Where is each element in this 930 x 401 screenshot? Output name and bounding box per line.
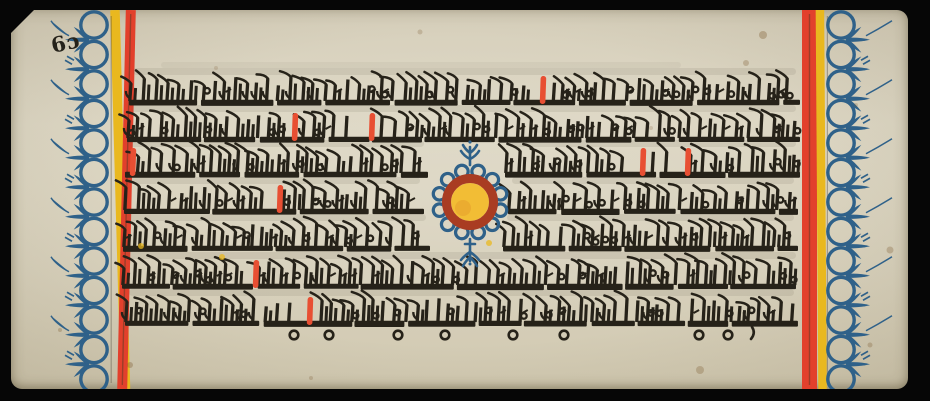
vine-leaf-icon [65,173,90,201]
descender-hook [751,327,754,339]
descender-loop [509,331,518,340]
vine-leaf-icon [65,55,90,83]
manuscript-leaf: 6ɔ [11,10,908,389]
right-yellow-rule [816,10,827,389]
descender-loop [724,331,733,340]
red-danda-mark [540,76,547,104]
rosette-top-sprig [461,140,479,165]
left-margin-scribe-line [111,16,112,383]
text-line-7 [117,291,798,340]
vine-leaf-icon [65,114,90,142]
right-border-vine [828,12,892,389]
rosette-disc [451,183,489,221]
red-danda-mark [307,297,314,325]
red-danda-mark [277,185,284,213]
vine-leaf-icon [51,257,90,290]
folio-number: 6ɔ [49,29,82,56]
vine-leaf-icon [51,316,90,349]
vine-leaf-icon [845,173,870,201]
red-danda-mark [369,113,376,141]
descender-loop [560,331,569,340]
descender-loop [290,331,299,340]
vine-leaf-icon [845,55,870,83]
vine-leaf-icon [845,291,870,319]
central-rosette-medallion [433,140,506,266]
yellow-paint-speck [219,254,225,260]
red-danda-mark [292,113,299,141]
red-danda-mark [253,260,260,288]
vine-leaf-icon [845,232,870,260]
yellow-paint-speck [486,240,492,246]
descender-loop [394,331,403,340]
vine-leaf-icon [51,80,90,113]
vine-leaf-icon [51,139,90,172]
vine-leaf-icon [65,291,90,319]
red-danda-mark [130,148,137,176]
manuscript-artwork [11,10,908,389]
yellow-paint-speck [138,243,144,249]
left-border-vine [51,12,107,389]
right-red-rule [802,10,817,389]
red-danda-mark [685,148,692,176]
text-line-1 [121,70,800,106]
descender-loop [695,331,704,340]
vine-leaf-icon [845,350,870,378]
descender-loop [441,331,450,340]
red-danda-mark [640,148,647,176]
vine-leaf-icon [51,198,90,231]
photo-backdrop: 6ɔ [0,0,930,401]
vine-leaf-icon [845,114,870,142]
vine-leaf-icon [65,350,90,378]
vine-leaf-icon [65,232,90,260]
descender-loop [325,331,334,340]
